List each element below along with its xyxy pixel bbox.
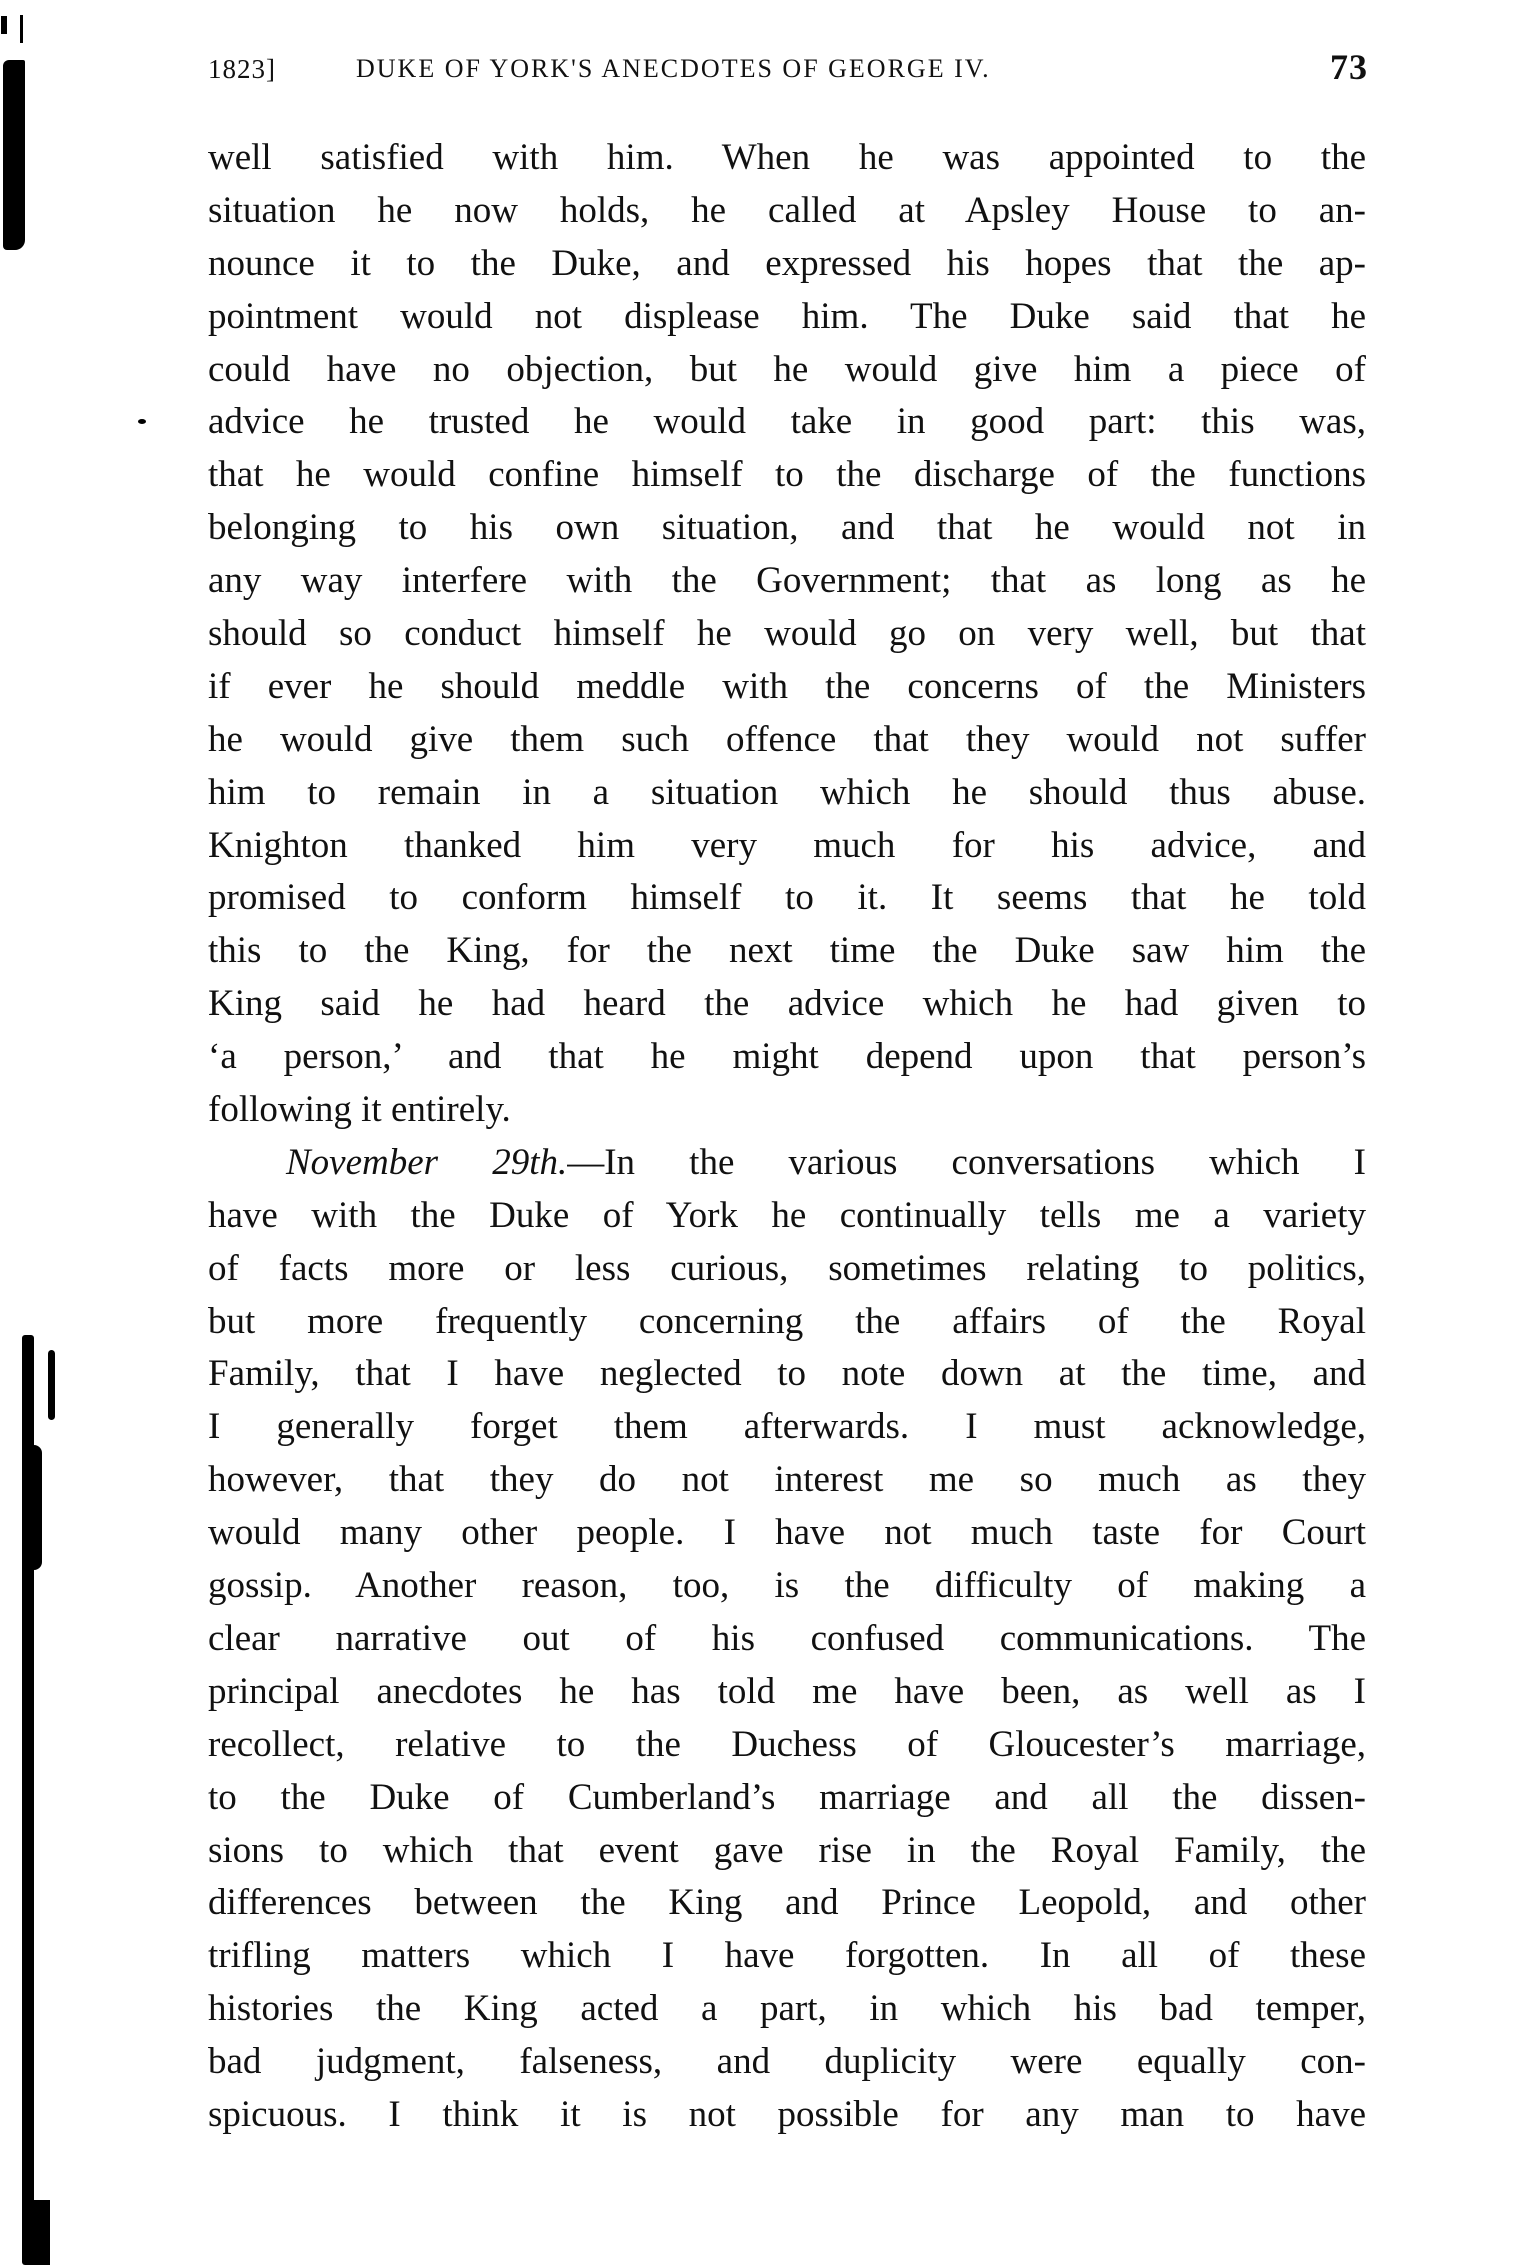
- running-head-year: 1823]: [208, 54, 276, 85]
- text-line: situation he now holds, he called at Aps…: [208, 185, 1366, 238]
- text-line: would many other people. I have not much…: [208, 1507, 1366, 1560]
- text-line: him to remain in a situation which he sh…: [208, 767, 1366, 820]
- text-line: Knighton thanked him very much for his a…: [208, 820, 1366, 873]
- text-line: should so conduct himself he would go on…: [208, 608, 1366, 661]
- text-line: nounce it to the Duke, and expressed his…: [208, 238, 1366, 291]
- text-line: gossip. Another reason, too, is the diff…: [208, 1560, 1366, 1613]
- text-line: if ever he should meddle with the concer…: [208, 661, 1366, 714]
- text-line: King said he had heard the advice which …: [208, 978, 1366, 1031]
- binding-shadow-mid: [48, 1350, 55, 1420]
- text-line: however, that they do not interest me so…: [208, 1454, 1366, 1507]
- text-line: belonging to his own situation, and that…: [208, 502, 1366, 555]
- text-line: histories the King acted a part, in whic…: [208, 1983, 1366, 2036]
- text-line: ‘a person,’ and that he might depend upo…: [208, 1031, 1366, 1084]
- text-line: to the Duke of Cumberland’s marriage and…: [208, 1772, 1366, 1825]
- text-line: Family, that I have neglected to note do…: [208, 1348, 1366, 1401]
- entry-first-line: —In the various conversations which I: [567, 1142, 1366, 1183]
- text-line: have with the Duke of York he continuall…: [208, 1190, 1366, 1243]
- text-line: promised to conform himself to it. It se…: [208, 872, 1366, 925]
- text-line: principal anecdotes he has told me have …: [208, 1666, 1366, 1719]
- text-line: this to the King, for the next time the …: [208, 925, 1366, 978]
- paragraph-end-line: following it entirely.: [208, 1084, 1366, 1137]
- book-page: 1823] DUKE OF YORK'S ANECDOTES OF GEORGE…: [0, 0, 1518, 2265]
- text-line: sions to which that event gave rise in t…: [208, 1825, 1366, 1878]
- body-text: well satisfied with him. When he was app…: [208, 132, 1366, 2142]
- text-line: spicuous. I think it is not possible for…: [208, 2089, 1366, 2142]
- text-line: well satisfied with him. When he was app…: [208, 132, 1366, 185]
- diary-entry-heading-line: November 29th.—In the various conversati…: [208, 1137, 1366, 1190]
- text-line: he would give them such offence that the…: [208, 714, 1366, 767]
- text-line: differences between the King and Prince …: [208, 1877, 1366, 1930]
- text-line: that he would confine himself to the dis…: [208, 449, 1366, 502]
- binding-shadow-foot: [30, 2200, 50, 2265]
- text-line: recollect, relative to the Duchess of Gl…: [208, 1719, 1366, 1772]
- entry-date-day: 29th.: [492, 1142, 567, 1183]
- running-head-title: DUKE OF YORK'S ANECDOTES OF GEORGE IV.: [356, 54, 991, 84]
- text-line: could have no objection, but he would gi…: [208, 344, 1366, 397]
- running-head: 1823] DUKE OF YORK'S ANECDOTES OF GEORGE…: [208, 42, 1368, 92]
- entry-date-month: November: [286, 1142, 438, 1183]
- binding-shadow-bottom-thick: [24, 1445, 42, 1570]
- binding-mark-top-right: [20, 15, 23, 43]
- page-number: 73: [1330, 46, 1368, 88]
- text-line: of facts more or less curious, sometimes…: [208, 1243, 1366, 1296]
- text-line: pointment would not displease him. The D…: [208, 291, 1366, 344]
- text-line: I generally forget them afterwards. I mu…: [208, 1401, 1366, 1454]
- text-line: clear narrative out of his confused comm…: [208, 1613, 1366, 1666]
- binding-mark-top-left: [1, 16, 7, 34]
- margin-dot: [138, 419, 146, 424]
- text-line: trifling matters which I have forgotten.…: [208, 1930, 1366, 1983]
- text-line: advice he trusted he would take in good …: [208, 396, 1366, 449]
- text-line: any way interfere with the Government; t…: [208, 555, 1366, 608]
- text-line: but more frequently concerning the affai…: [208, 1296, 1366, 1349]
- text-line: bad judgment, falseness, and duplicity w…: [208, 2036, 1366, 2089]
- binding-shadow-top: [3, 60, 25, 250]
